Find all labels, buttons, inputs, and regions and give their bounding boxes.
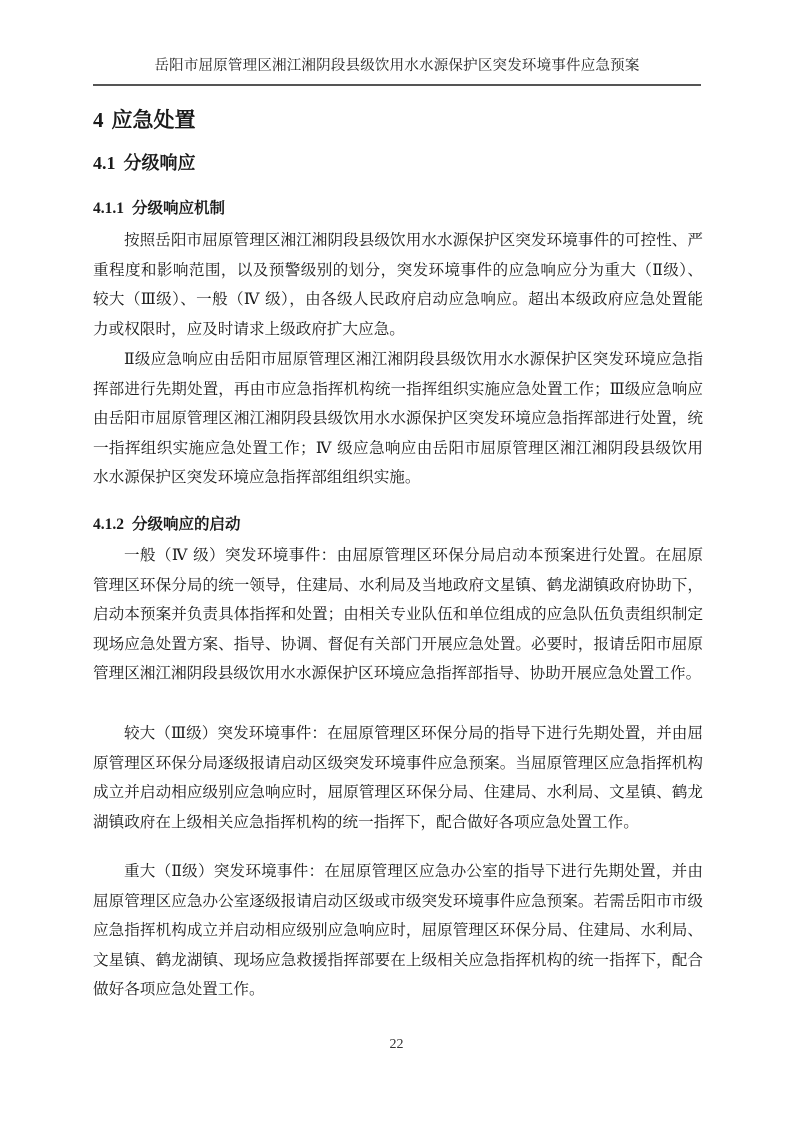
subsubsection-title: 分级响应的启动 bbox=[132, 515, 241, 533]
header-divider bbox=[93, 84, 701, 86]
section-heading: 4应急处置 bbox=[93, 104, 196, 134]
paragraph: 按照岳阳市屈原管理区湘江湘阴段县级饮用水水源保护区突发环境事件的可控性、严重程度… bbox=[93, 226, 703, 344]
paragraph: 重大（Ⅱ级）突发环境事件：在屈原管理区应急办公室的指导下进行先期处置，并由屈原管… bbox=[93, 857, 703, 1005]
subsubsection-heading-4-1-1: 4.1.1分级响应机制 bbox=[93, 196, 225, 218]
section-number: 4 bbox=[93, 108, 104, 132]
page-number: 22 bbox=[0, 1037, 793, 1053]
paragraph: 较大（Ⅲ级）突发环境事件：在屈原管理区环保分局的指导下进行先期处置，并由屈原管理… bbox=[93, 719, 703, 837]
subsubsection-number: 4.1.1 bbox=[93, 200, 124, 217]
subsubsection-heading-4-1-2: 4.1.2分级响应的启动 bbox=[93, 512, 241, 534]
subsubsection-title: 分级响应机制 bbox=[132, 199, 225, 217]
subsection-heading: 4.1分级响应 bbox=[93, 149, 196, 175]
section-title: 应急处置 bbox=[112, 108, 196, 132]
subsection-number: 4.1 bbox=[93, 153, 116, 173]
running-header-title: 岳阳市屈原管理区湘江湘阴段县级饮用水水源保护区突发环境事件应急预案 bbox=[93, 54, 701, 75]
paragraph: 一般（Ⅳ 级）突发环境事件：由屈原管理区环保分局启动本预案进行处置。在屈原管理区… bbox=[93, 541, 703, 689]
subsection-title: 分级响应 bbox=[124, 153, 196, 174]
subsubsection-number: 4.1.2 bbox=[93, 516, 124, 533]
paragraph: Ⅱ级应急响应由岳阳市屈原管理区湘江湘阴段县级饮用水水源保护区突发环境应急指挥部进… bbox=[93, 345, 703, 493]
